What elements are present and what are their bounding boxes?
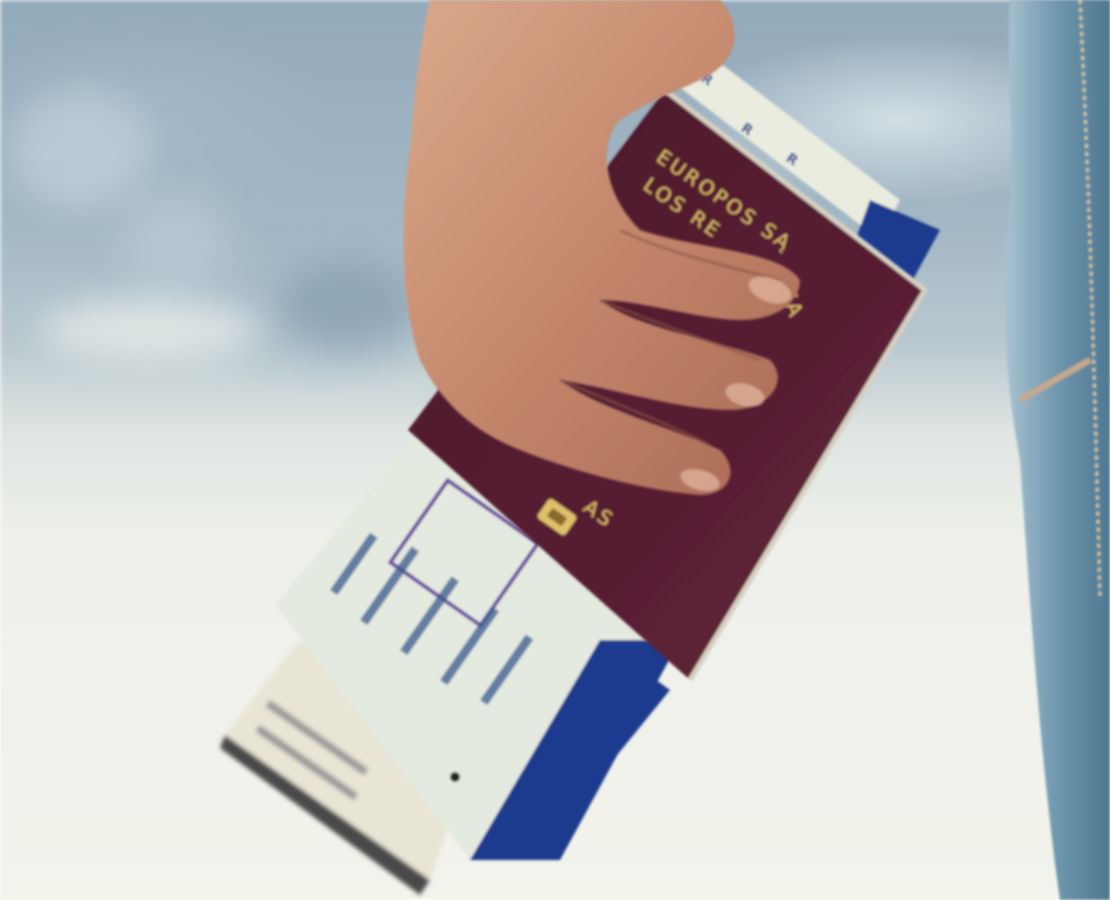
photo-scene: R R R EUROPOS SĄ LOS RE KA AS bbox=[0, 0, 1110, 900]
jeans bbox=[1005, 0, 1110, 900]
photo-illustration: R R R EUROPOS SĄ LOS RE KA AS bbox=[0, 0, 1110, 900]
